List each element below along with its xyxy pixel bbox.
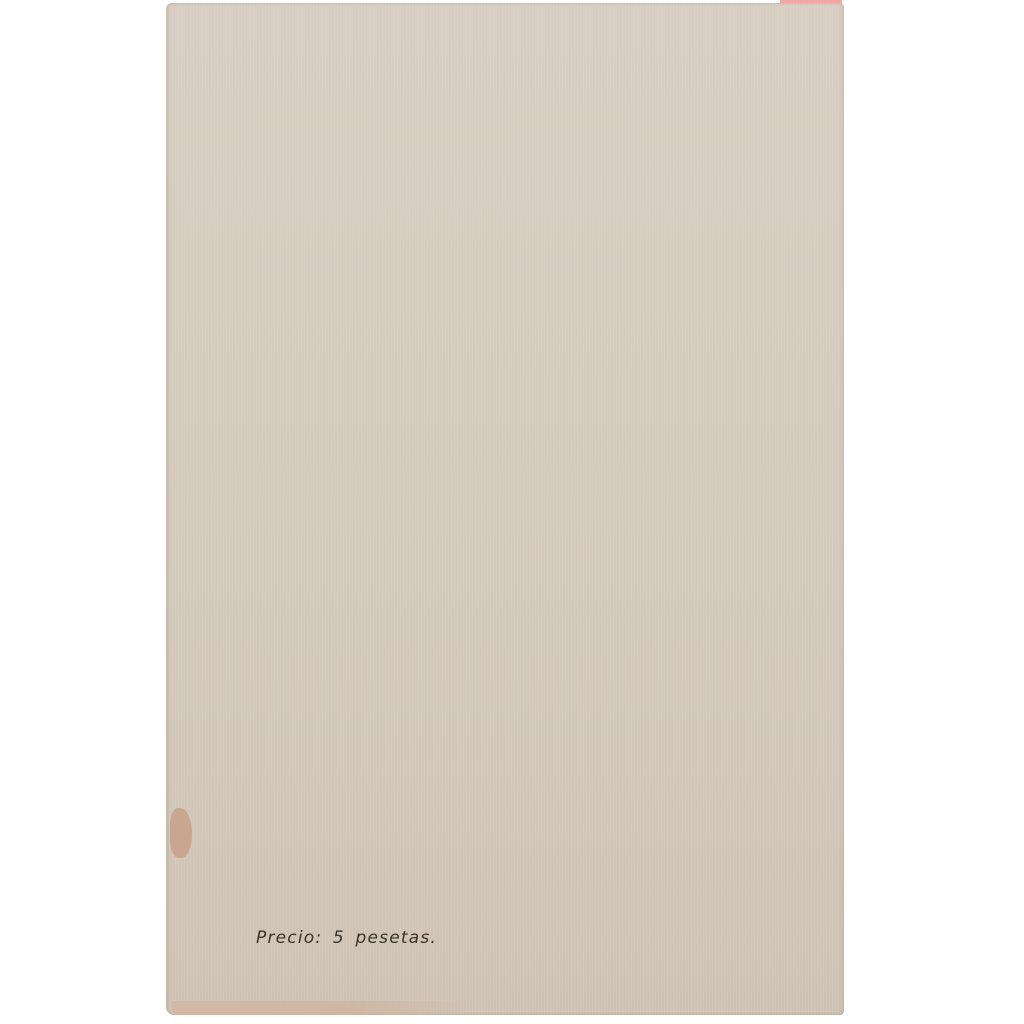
price-label: Precio: 5 pesetas. [256, 928, 437, 948]
worn-bottom-edge [172, 1001, 472, 1015]
torn-corner-left [170, 808, 192, 858]
book-back-cover: Precio: 5 pesetas. [166, 3, 844, 1015]
